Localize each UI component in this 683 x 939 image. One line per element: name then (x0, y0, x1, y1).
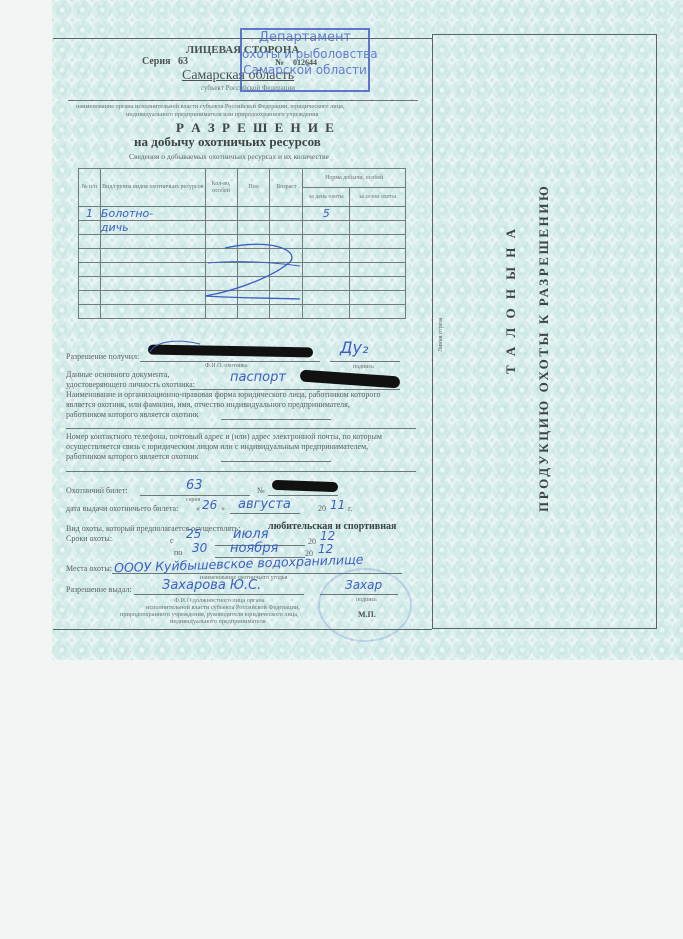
cell-per-season (350, 291, 406, 305)
cell-sex (237, 221, 270, 235)
holder-signature: Ду₂ (340, 338, 368, 357)
cell-num (79, 235, 101, 249)
from-day: 25 (186, 527, 201, 541)
issue-year-prefix: 20 (318, 504, 326, 513)
doc-value: паспорт (230, 370, 286, 385)
issuer-caption-3: природоохранного учреждения, руководител… (120, 611, 299, 618)
from-month: июля (233, 527, 269, 542)
cell-per-day (303, 263, 350, 277)
cell-num (79, 263, 101, 277)
cell-age (270, 235, 303, 249)
contact-label-1: Номер контактного телефона, почтовый адр… (66, 432, 382, 441)
org-label-1: Наименование и организационно-правовая ф… (66, 390, 381, 399)
col-norm: Норма добычи, особей (303, 169, 406, 188)
cell-num: 1 (79, 207, 101, 221)
received-label: Разрешение получил: (66, 352, 139, 361)
cell-species: Болотно- (100, 207, 205, 221)
from-year-prefix: 20 (308, 537, 316, 546)
cell-per-day: 5 (303, 207, 350, 221)
issuer-label: Разрешение выдал: (66, 585, 132, 594)
ticket-number-line (268, 495, 338, 496)
stamp-line-1: Департамент (242, 30, 368, 46)
table-row: дичь (79, 221, 406, 235)
org-label-3: работником которого является охотник (66, 410, 199, 419)
to-month: ноября (230, 541, 278, 556)
org-line-2 (66, 428, 416, 429)
table-row (79, 305, 406, 319)
doc-label-1: Данные основного документа, (66, 370, 169, 379)
cell-sex (237, 263, 270, 277)
cell-species: дичь (100, 221, 205, 235)
permit-subtitle: на добычу охотничьих ресурсов (134, 134, 321, 150)
holder-signature-line (330, 361, 400, 362)
stamp-line-2: охоты и рыболовства (242, 46, 368, 62)
issue-year: 11 (330, 498, 345, 512)
col-age: Возраст (270, 169, 303, 207)
issue-day-close-quote: » (221, 504, 225, 513)
issue-month-line (230, 513, 300, 514)
col-sex: Пол (237, 169, 270, 207)
ticket-number-label: № (257, 486, 265, 495)
from-prefix: с (170, 536, 174, 545)
cell-age (270, 221, 303, 235)
issuer-name: Захарова Ю.С. (162, 578, 261, 593)
ticket-label: Охотничий билет: (66, 486, 128, 495)
issue-year-suffix: г. (348, 504, 352, 513)
issuer-name-line (134, 594, 304, 595)
issue-day: 26 (202, 498, 217, 512)
coupon-title-line-2: ПРОДУКЦИЮ ОХОТЫ К РАЗРЕШЕНИЮ (536, 184, 552, 512)
table-row (79, 263, 406, 277)
ticket-series-value: 63 (186, 478, 203, 493)
from-year: 12 (320, 529, 335, 543)
cell-age (270, 305, 303, 319)
issue-day-open-quote: « (196, 504, 200, 513)
cell-species (100, 277, 205, 291)
table-row (79, 235, 406, 249)
cell-per-day (303, 291, 350, 305)
to-prefix: по (174, 548, 182, 557)
cell-count (205, 207, 237, 221)
cell-per-season (350, 235, 406, 249)
table-row (79, 249, 406, 263)
contact-line (221, 461, 331, 462)
department-stamp: Департамент охоты и рыболовства Самарско… (240, 28, 370, 92)
ticket-series-caption: серия (186, 497, 200, 503)
cell-sex (237, 235, 270, 249)
doc-label-2: удостоверяющего личность охотника: (66, 380, 195, 389)
series-label: Серия (142, 56, 171, 67)
cell-per-season (350, 221, 406, 235)
cell-num (79, 249, 101, 263)
resources-table: № п/п Вид/группа видов охотничьих ресурс… (78, 168, 406, 319)
issuer-caption-1: Ф.И.О должностного лица органа (174, 597, 265, 604)
cell-species (100, 263, 205, 277)
round-seal: ◦ (318, 568, 412, 642)
contact-label-3: работником которого является охотник (66, 452, 199, 461)
cell-count (205, 249, 237, 263)
col-species: Вид/группа видов охотничьих ресурсов (100, 169, 205, 207)
ticket-series-line (140, 495, 250, 496)
cell-per-day (303, 305, 350, 319)
org-label-2: является охотник, или фамилия, имя, отче… (66, 400, 350, 409)
authority-caption-2: индивидуального предпринимателя или прир… (126, 111, 318, 118)
cell-sex (237, 249, 270, 263)
cell-sex (237, 291, 270, 305)
issue-month: августа (238, 497, 291, 512)
coupon-title-line-1: Т А Л О Н Ы Н А (503, 226, 519, 374)
cell-species (100, 291, 205, 305)
cell-species (100, 305, 205, 319)
cell-age (270, 263, 303, 277)
stamp-line-3: Самарской области (242, 62, 368, 78)
issuer-caption-2: исполнительной власти субъекта Российско… (146, 604, 300, 611)
authority-line (68, 100, 418, 101)
cell-age (270, 207, 303, 221)
cut-line-label: Линия отреза (438, 318, 444, 352)
cell-per-season (350, 263, 406, 277)
cell-per-day (303, 235, 350, 249)
cell-count (205, 221, 237, 235)
table-row (79, 291, 406, 305)
holder-signature-caption: подпись (353, 364, 374, 370)
cell-age (270, 249, 303, 263)
cell-num (79, 291, 101, 305)
cell-sex (237, 305, 270, 319)
cell-count (205, 277, 237, 291)
contact-line-2 (66, 471, 416, 472)
period-label: Сроки охоты: (66, 534, 112, 543)
cell-num (79, 221, 101, 235)
holder-name-caption: Ф.И.О. охотника (205, 363, 247, 369)
cell-sex (237, 277, 270, 291)
col-per-day: за день охоты (303, 188, 350, 207)
authority-caption-1: наименование органа исполнительной власт… (76, 103, 344, 110)
cell-per-season (350, 207, 406, 221)
cell-count (205, 291, 237, 305)
issue-label: дата выдачи охотничьего билета: (66, 504, 178, 513)
holder-name-line (140, 361, 320, 362)
cell-species (100, 249, 205, 263)
cell-count (205, 235, 237, 249)
cell-count (205, 263, 237, 277)
cell-age (270, 291, 303, 305)
cell-per-season (350, 305, 406, 319)
series-value: 63 (178, 56, 188, 67)
table-caption: Сведения о добываемых охотничьих ресурса… (129, 152, 329, 161)
table-row (79, 277, 406, 291)
col-count: Кол-во, особей (205, 169, 237, 207)
cell-num (79, 305, 101, 319)
col-num: № п/п (79, 169, 101, 207)
place-label: Места охоты: (66, 564, 112, 573)
contact-label-2: осуществляется связь с юридическим лицом… (66, 442, 368, 451)
cell-sex (237, 207, 270, 221)
cell-count (205, 305, 237, 319)
org-line (221, 419, 331, 420)
to-day: 30 (192, 541, 207, 555)
issuer-caption-4: индивидуального предпринимателя (170, 618, 266, 625)
cell-per-day (303, 249, 350, 263)
cell-age (270, 277, 303, 291)
cell-per-day (303, 221, 350, 235)
col-per-season: за сезон охоты (350, 188, 406, 207)
hunt-type-label: Вид охоты, который предполагается осущес… (66, 524, 240, 533)
cell-species (100, 235, 205, 249)
cell-per-day (303, 277, 350, 291)
table-row: 1Болотно-5 (79, 207, 406, 221)
cell-per-season (350, 277, 406, 291)
cell-num (79, 277, 101, 291)
cell-per-season (350, 249, 406, 263)
